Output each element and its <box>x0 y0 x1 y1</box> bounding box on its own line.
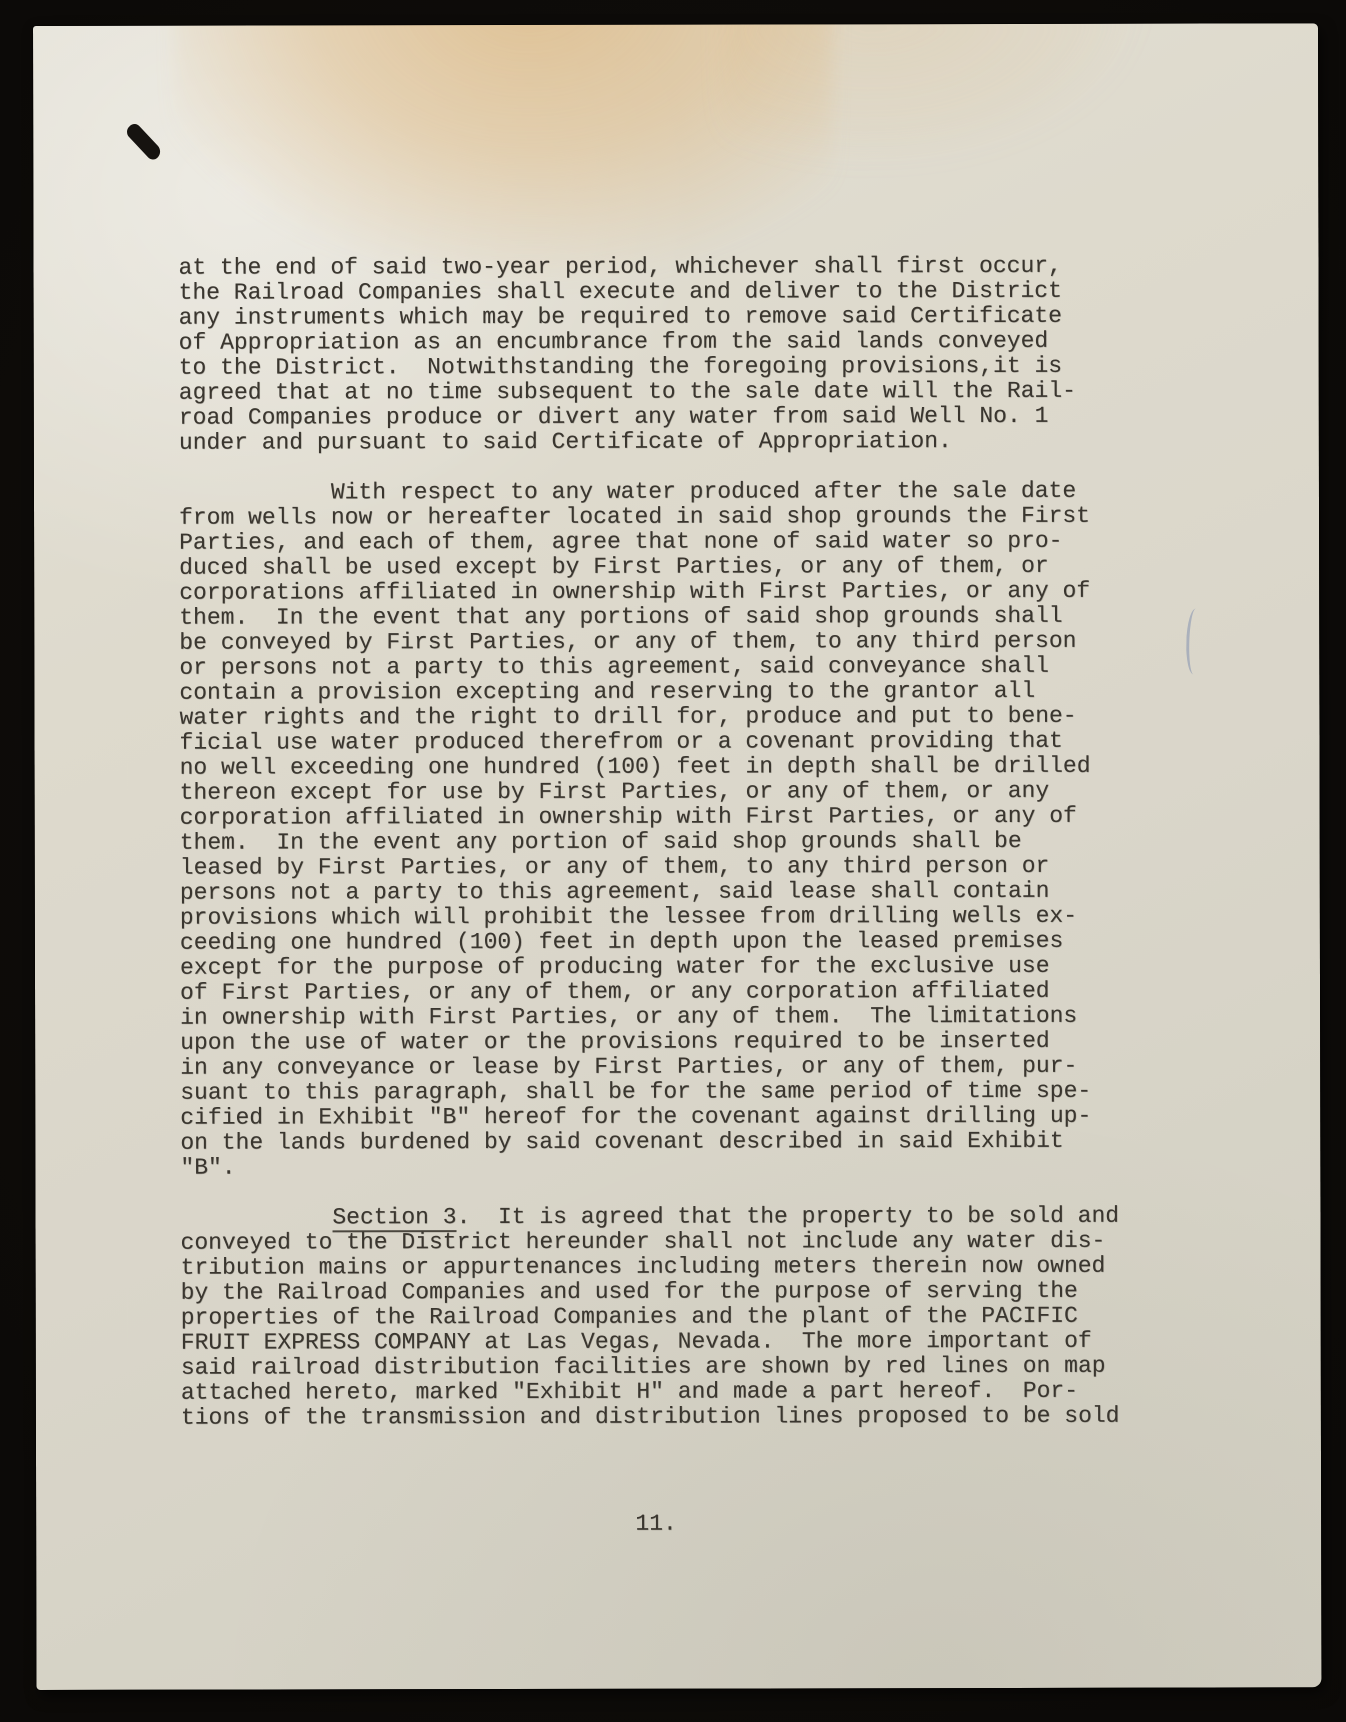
pen-scratch-mark <box>1185 608 1204 675</box>
paragraph-section-3: Section 3. It is agreed that the propert… <box>180 1204 1130 1431</box>
section-3-body: . It is agreed that the property to be s… <box>181 1203 1120 1431</box>
paragraph-continuation: at the end of said two-year period, whic… <box>178 254 1128 456</box>
section-3-indent <box>180 1204 332 1230</box>
ink-blot-mark <box>124 121 164 162</box>
page-number: 11. <box>181 1511 1131 1538</box>
paper-stain-faint <box>723 23 1153 234</box>
paragraph-water-use: With respect to any water produced after… <box>179 479 1130 1181</box>
document-page: at the end of said two-year period, whic… <box>33 23 1321 1690</box>
typewritten-text-block: at the end of said two-year period, whic… <box>178 254 1130 1431</box>
section-3-heading: Section 3 <box>332 1204 456 1232</box>
scanner-background: at the end of said two-year period, whic… <box>0 0 1346 1722</box>
